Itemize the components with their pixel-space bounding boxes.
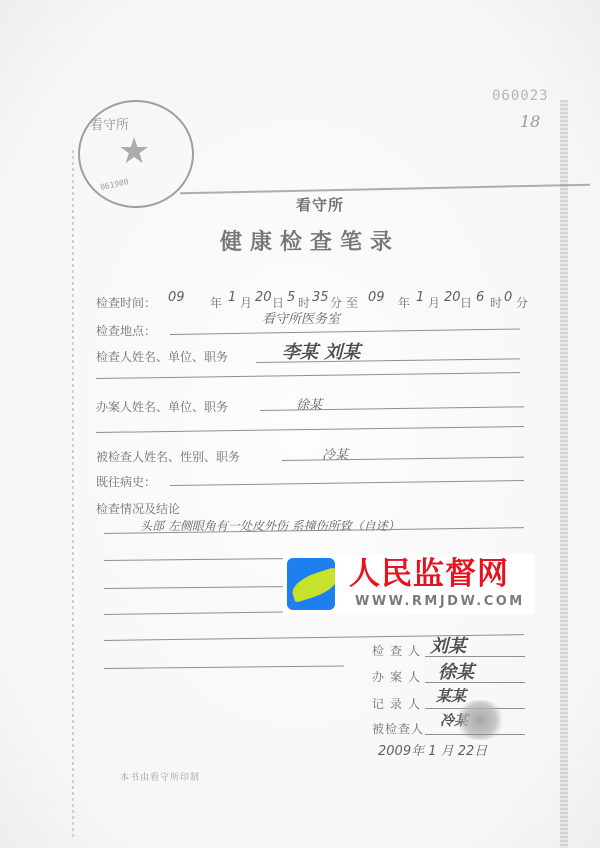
scan-edge-shadow	[560, 100, 568, 848]
start-month: 1	[228, 290, 236, 305]
hour-unit: 时	[490, 294, 502, 311]
to-label: 至	[346, 294, 358, 311]
watermark-url: WWW.RMJDW.COM	[355, 594, 525, 609]
underline	[425, 656, 525, 657]
end-day: 20	[444, 290, 461, 305]
sign-date: 2009年 1 月 22日	[378, 740, 487, 759]
footer-stamp: 本书由看守所印制	[120, 770, 200, 783]
underline	[425, 734, 525, 735]
underline	[170, 480, 524, 486]
blank-line	[96, 426, 524, 433]
minute-unit: 分	[516, 294, 528, 311]
start-minute: 35	[312, 290, 329, 305]
page-mark: 18	[520, 112, 540, 131]
end-year: 09	[368, 290, 385, 305]
scanned-document: 060023 18 看守所 ★ 061900 看守所 健康检查笔录 检查时间： …	[0, 0, 600, 848]
official-seal: 看守所 ★ 061900	[78, 100, 194, 208]
underline	[282, 457, 524, 461]
signature-label-case-handler: 办案人	[372, 668, 426, 685]
underline	[425, 682, 525, 683]
blank-line	[96, 372, 520, 379]
leaf-shape	[289, 567, 335, 603]
start-day: 20	[255, 290, 272, 305]
end-hour: 6	[476, 290, 484, 305]
exam-time-label: 检查时间：	[96, 296, 156, 310]
leaf-logo-icon	[287, 558, 335, 610]
medical-history-label: 既往病史：	[96, 473, 156, 490]
exam-time-row: 检查时间：	[96, 294, 156, 311]
end-month: 1	[416, 290, 424, 305]
header-divider	[180, 184, 590, 195]
signature-case-handler: 徐某	[438, 658, 474, 684]
signature-label-examiner: 检查人	[372, 642, 426, 659]
findings-line	[104, 558, 284, 561]
star-icon: ★	[118, 134, 150, 170]
signature-examiner: 刘某	[430, 632, 466, 658]
start-hour: 5	[287, 290, 295, 305]
examiner-label: 检查人姓名、单位、职务	[96, 348, 228, 365]
fold-line	[72, 150, 74, 840]
signature-recorder: 某某	[436, 685, 466, 706]
seal-number: 061900	[99, 177, 129, 192]
signature-label-examinee: 被检查人	[372, 720, 424, 737]
month-unit: 月	[428, 294, 440, 311]
watermark: 人民监督网 WWW.RMJDW.COM	[283, 554, 535, 614]
signature-label-recorder: 记录人	[372, 695, 426, 712]
document-title: 健康检查笔录	[220, 225, 400, 256]
start-year: 09	[168, 290, 185, 305]
document-number: 060023	[492, 88, 549, 104]
findings-line	[104, 586, 284, 589]
exam-place-value: 看守所医务室	[262, 308, 340, 327]
case-handler-label: 办案人姓名、单位、职务	[96, 398, 228, 415]
watermark-name: 人民监督网	[349, 556, 509, 592]
month-unit: 月	[240, 294, 252, 311]
findings-label: 检查情况及结论	[96, 500, 180, 517]
year-unit: 年	[398, 294, 410, 311]
year-unit: 年	[210, 294, 222, 311]
day-unit: 日	[460, 294, 472, 311]
underline	[170, 329, 520, 335]
organization-name: 看守所	[296, 194, 344, 215]
findings-line	[104, 665, 344, 669]
end-minute: 0	[504, 290, 512, 305]
examinee-label: 被检查人姓名、性别、职务	[96, 448, 240, 465]
exam-place-label: 检查地点：	[96, 322, 156, 339]
